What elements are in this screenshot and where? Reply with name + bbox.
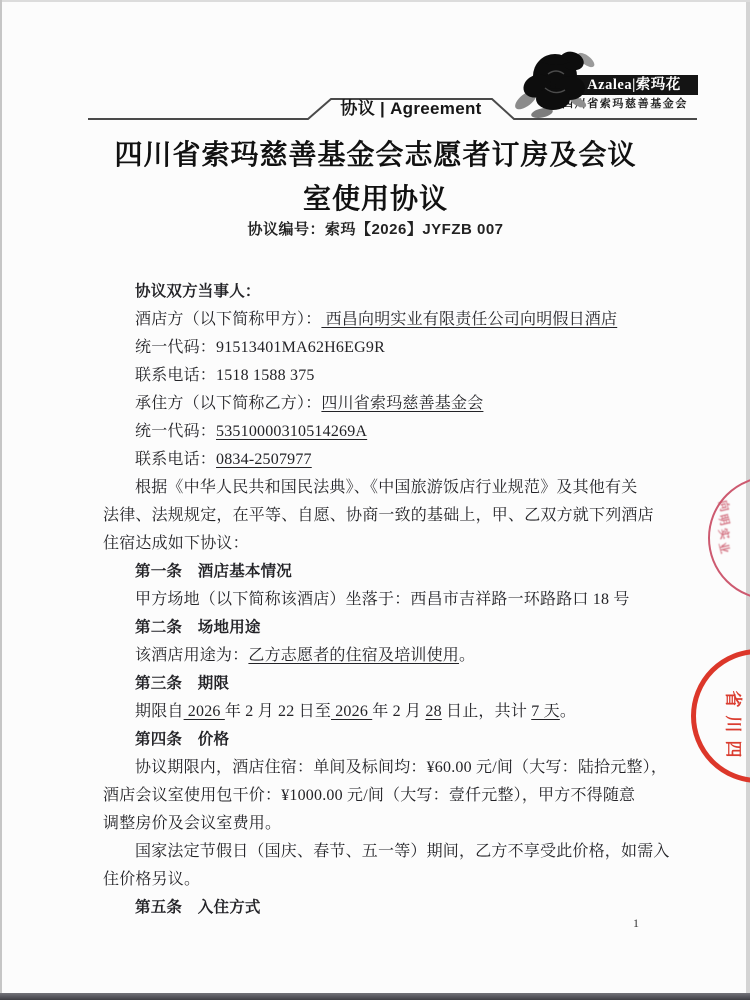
doc-line: 住宿达成如下协议： — [103, 533, 249, 554]
doc-text: 承住方（以下简称乙方）： — [135, 395, 321, 412]
doc-text: 第三条 期限 — [135, 675, 229, 692]
doc-text: 根据《中华人民共和国民法典》、《中国旅游饭店行业规范》及其他有关 — [135, 479, 637, 496]
seal-glyph: 省 — [724, 691, 742, 708]
doc-text: 统一代码：91513401MA62H6EG9R — [135, 339, 385, 356]
doc-line: 承住方（以下简称乙方）：四川省索玛慈善基金会 — [103, 393, 483, 414]
doc-line: 国家法定节假日（国庆、春节、五一等）期间，乙方不享受此价格，如需入 — [103, 841, 670, 862]
doc-line: 住价格另议。 — [103, 869, 200, 890]
foundation-seal-stamp: 省川四 — [691, 649, 750, 783]
doc-text: 联系电话：1518 1588 375 — [135, 367, 315, 384]
doc-text: 协议双方当事人： — [135, 283, 261, 300]
agreement-number: 协议编号：索玛【2026】JYFZB 007 — [103, 220, 648, 240]
doc-line: 协议期限内，酒店住宿：单间及标间均：¥60.00 元/间（大写：陆拾元整）， — [103, 757, 667, 778]
seal-glyph: 向 — [716, 499, 730, 513]
doc-text: 国家法定节假日（国庆、春节、五一等）期间，乙方不享受此价格，如需入 — [135, 843, 670, 860]
doc-line: 联系电话：1518 1588 375 — [103, 365, 315, 386]
seal-glyph: 明 — [716, 513, 730, 527]
doc-text: 期限自 — [135, 703, 184, 720]
doc-line: 法律、法规规定，在平等、自愿、协商一致的基础上，甲、乙双方就下列酒店 — [103, 505, 654, 526]
doc-text: 住宿达成如下协议： — [103, 535, 249, 552]
seal-glyph: 实 — [716, 527, 730, 541]
doc-line: 根据《中华人民共和国民法典》、《中国旅游饭店行业规范》及其他有关 — [103, 477, 637, 498]
doc-text: 。 — [560, 703, 576, 720]
doc-line: 期限自 2026 年 2 月 22 日至 2026 年 2 月 28 日止，共计… — [103, 701, 576, 722]
doc-text: 协议期限内，酒店住宿：单间及标间均：¥60.00 元/间（大写：陆拾元整）， — [135, 759, 667, 776]
doc-text: 第四条 价格 — [135, 731, 229, 748]
doc-line: 酒店方（以下简称甲方）： 西昌向明实业有限责任公司向明假日酒店 — [103, 309, 617, 330]
doc-text: 法律、法规规定，在平等、自愿、协商一致的基础上，甲、乙双方就下列酒店 — [103, 507, 654, 524]
foundation-seal-glyphs: 省川四 — [724, 690, 741, 758]
title-line-1: 四川省索玛慈善基金会志愿者订房及会议 — [103, 133, 648, 177]
filled-in-value: 0834-2507977 — [216, 451, 312, 468]
filled-in-value: 西昌向明实业有限责任公司向明假日酒店 — [321, 311, 617, 328]
foundation-logo: Azalea|索玛花 四川省索玛慈善基金会 — [512, 42, 702, 120]
seal-glyph: 业 — [716, 541, 730, 555]
filled-in-value: 28 — [425, 703, 441, 720]
filled-in-value: 2026 — [331, 703, 372, 720]
filled-in-value: 53510000310514269A — [216, 423, 367, 440]
agreement-tab-label: 协议 | Agreement — [328, 99, 494, 119]
doc-line: 第一条 酒店基本情况 — [103, 561, 292, 582]
document-title: 四川省索玛慈善基金会志愿者订房及会议 室使用协议 — [103, 133, 648, 221]
doc-text: 年 2 月 — [372, 703, 425, 720]
doc-text: 日止，共计 — [442, 703, 531, 720]
filled-in-value: 7 天 — [531, 703, 560, 720]
hotel-seal-glyphs: 向明实业 — [718, 500, 729, 554]
doc-line: 该酒店用途为：乙方志愿者的住宿及培训使用。 — [103, 645, 475, 666]
doc-text: 统一代码： — [135, 423, 216, 440]
doc-text: 联系电话： — [135, 451, 216, 468]
doc-line: 调整房价及会议室费用。 — [103, 813, 281, 834]
doc-line: 第四条 价格 — [103, 729, 229, 750]
page-number: 1 — [626, 916, 646, 930]
doc-text: 甲方场地（以下简称该酒店）坐落于：西昌市吉祥路一环路路口 18 号 — [135, 591, 630, 608]
doc-text: 调整房价及会议室费用。 — [103, 815, 281, 832]
doc-text: 该酒店用途为： — [135, 647, 248, 664]
azalea-flower-icon — [512, 44, 604, 120]
doc-text: 住价格另议。 — [103, 871, 200, 888]
document-body: 协议双方当事人：酒店方（以下简称甲方）： 西昌向明实业有限责任公司向明假日酒店统… — [103, 281, 663, 931]
doc-text: 。 — [459, 647, 475, 664]
seal-glyph: 四 — [724, 741, 742, 758]
title-line-2: 室使用协议 — [103, 177, 648, 221]
doc-line: 统一代码：53510000310514269A — [103, 421, 367, 442]
doc-text: 酒店会议室使用包干价：¥1000.00 元/间（大写：壹仟元整），甲方不得随意 — [103, 787, 635, 804]
doc-text: 年 2 月 22 日至 — [225, 703, 331, 720]
doc-line: 第五条 入住方式 — [103, 897, 261, 918]
doc-text: 第五条 入住方式 — [135, 899, 261, 916]
filled-in-value: 乙方志愿者的住宿及培训使用 — [248, 647, 459, 664]
seal-glyph: 川 — [724, 716, 742, 733]
filled-in-value: 四川省索玛慈善基金会 — [321, 395, 483, 412]
doc-line: 甲方场地（以下简称该酒店）坐落于：西昌市吉祥路一环路路口 18 号 — [103, 589, 630, 610]
doc-line: 第二条 场地用途 — [103, 617, 261, 638]
doc-line: 酒店会议室使用包干价：¥1000.00 元/间（大写：壹仟元整），甲方不得随意 — [103, 785, 635, 806]
hotel-seal-stamp: 向明实业 — [708, 476, 750, 600]
doc-text: 酒店方（以下简称甲方）： — [135, 311, 321, 328]
doc-line: 统一代码：91513401MA62H6EG9R — [103, 337, 385, 358]
agreement-document-page: 协议 | Agreement Azalea|索玛花 四川省索玛慈善基金会 四川省… — [0, 0, 750, 1000]
doc-text: 第二条 场地用途 — [135, 619, 261, 636]
doc-line: 第三条 期限 — [103, 673, 229, 694]
doc-line: 联系电话：0834-2507977 — [103, 449, 312, 470]
bottom-scan-bar — [0, 993, 750, 1000]
filled-in-value: 2026 — [184, 703, 225, 720]
doc-line: 协议双方当事人： — [103, 281, 261, 302]
doc-text: 第一条 酒店基本情况 — [135, 563, 292, 580]
